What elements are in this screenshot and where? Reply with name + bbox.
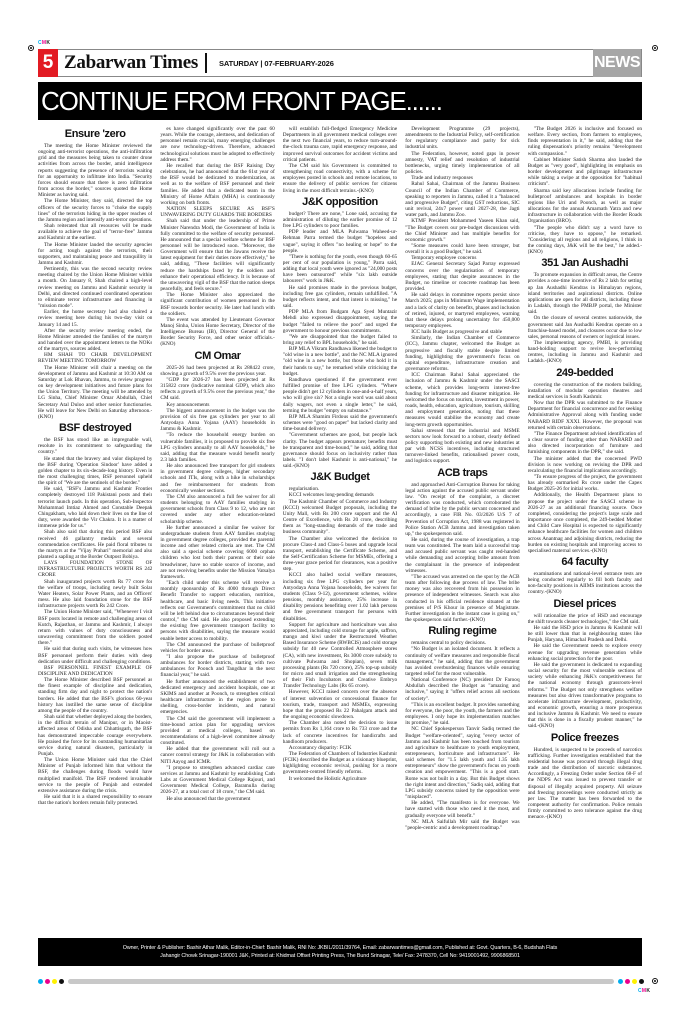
- article-paragraph: BJP MLA Vikram Randhawa likened the budg…: [283, 346, 397, 377]
- article-paragraph: the BSF has stood like an impregnable wa…: [38, 437, 152, 455]
- column-3: will establish full-fledged Emergency Me…: [283, 126, 397, 926]
- article-paragraph: LAYS FOUNDATION STONE OF INFRASTRUCTURE …: [38, 560, 152, 578]
- cyan-dot-icon: [618, 979, 623, 984]
- article-paragraph: KTMF President Mohammed Yaseen Khan said…: [405, 218, 519, 243]
- article-paragraph: Sharma said key allocations include fund…: [528, 188, 642, 225]
- article-paragraph: "To reduce the household energy burden o…: [160, 432, 274, 463]
- registration-mark-left-icon: [28, 45, 34, 51]
- article-paragraph: On the closure of several centres nation…: [528, 315, 642, 340]
- article-paragraph: KCCI also hailed social welfare measures…: [283, 572, 397, 621]
- article-paragraph: The biggest announcement in the budget w…: [160, 408, 274, 433]
- article-paragraph: The Chamber also welcomed the decision t…: [283, 536, 397, 573]
- article-paragraph: The Federation of Chambers of Industries…: [283, 751, 397, 776]
- article-paragraph: Shah said that whether deployed along th…: [38, 714, 152, 757]
- article-paragraph: "The people who didn't say a word have t…: [528, 225, 642, 256]
- color-dots-right: [618, 978, 644, 985]
- article-paragraph: PDP MLA from Budgam Aga Syed Muntazir Me…: [283, 309, 397, 334]
- article-headline: J&K opposition: [283, 196, 397, 209]
- article-paragraph: "I propose to strengthen advanced cardia…: [160, 765, 274, 796]
- article-paragraph: The event was attended by Lieutenant Gov…: [160, 317, 274, 348]
- color-dots-left: [38, 978, 64, 985]
- black-dot-icon: [639, 979, 644, 984]
- article-paragraph: NC Chief Spokesperson Tanvir Sadiq terme…: [405, 726, 519, 800]
- article-paragraph: He said the HSD price in Jammu & Kashmir…: [528, 625, 642, 643]
- article-paragraph: examinations and national-level entrance…: [528, 571, 642, 596]
- imprint-line-2: Jahangir Chowk Srinagar-190001 J&K, Prin…: [38, 952, 642, 960]
- article-paragraph: NATION SLEEPS SECURE AS BSF'S UNWAVERING…: [160, 206, 274, 218]
- article-paragraph: National Conference (NC) president Dr Fa…: [405, 677, 519, 702]
- article-paragraph: The minister added that the concerned PW…: [528, 456, 642, 474]
- article-paragraph: budget? There are none," Lone said, accu…: [283, 211, 397, 229]
- article-headline: J&K Budget: [283, 471, 397, 484]
- article-paragraph: The CM also announced a full fee waiver …: [160, 494, 274, 525]
- magenta-dot-icon: [625, 979, 630, 984]
- article-paragraph: Additionally, the Health Department plan…: [528, 492, 642, 554]
- article-paragraph: Shah reiterated that all resources will …: [38, 223, 152, 241]
- article-headline: 249-bedded: [528, 367, 642, 380]
- article-paragraph: "This is an excellent budget. It provide…: [405, 702, 519, 727]
- article-paragraph: "We are disappointed that the budget fai…: [283, 334, 397, 346]
- article-paragraph: NC MLA Saifullah Mir said the Budget was…: [405, 819, 519, 831]
- article-headline: BSF destroyed: [38, 422, 152, 435]
- article-headline: 64 faculty: [528, 556, 642, 569]
- article-paragraph: Shah said that under the leadership of P…: [160, 218, 274, 292]
- yellow-dot-icon: [632, 979, 637, 984]
- article-paragraph: EJAC General Secretary Sajad Parray expr…: [405, 261, 519, 292]
- article-paragraph: es have changed significantly over the p…: [160, 126, 274, 163]
- registration-mark-bottom-icon: [652, 978, 658, 984]
- registration-mark-right-icon: [652, 45, 658, 51]
- article-paragraph: He said delays in committee reports pers…: [405, 292, 519, 329]
- article-paragraph: "Each child under this scheme will recei…: [160, 580, 274, 642]
- article-paragraph: He said promises made in the previous bu…: [283, 285, 397, 310]
- article-paragraph: The implementing agency, PMBI, is provid…: [528, 340, 642, 365]
- article-paragraph: He further announced the establishment o…: [160, 679, 274, 716]
- article-paragraph: He said the Government needs to explore …: [528, 643, 642, 661]
- article-paragraph: He added that the government will roll o…: [160, 746, 274, 764]
- article-paragraph: PDP leader and MLA Pulwama Waheed-ur-Reh…: [283, 229, 397, 254]
- article-paragraph: Hundred, is suspected to be proceeds of …: [528, 747, 642, 821]
- article-paragraph: He said, "BSF's Jammu and Kashmir Fronti…: [38, 486, 152, 529]
- article-paragraph: "No Budget is an isolated document. It r…: [405, 646, 519, 677]
- article-paragraph: The Home Minister described BSF personne…: [38, 677, 152, 714]
- article-paragraph: Earlier, the home secretary had also cha…: [38, 309, 152, 327]
- article-paragraph: He added, "The manifesto is for everyone…: [405, 800, 519, 818]
- article-paragraph: He stated that the bravery and valor dis…: [38, 456, 152, 487]
- article-paragraph: The CM announced the purchase of bulletp…: [160, 642, 274, 654]
- article-paragraph: Support for agriculture and horticulture…: [283, 622, 397, 690]
- magenta-dot-icon: [45, 979, 50, 984]
- article-paragraph: To promote expansion in difficult areas,…: [528, 272, 642, 315]
- article-paragraph: He said that during such visits, he witn…: [38, 646, 152, 664]
- paper-title: Zabarwan Times: [64, 52, 198, 74]
- article-paragraph: However, KCCI raised concern over the ab…: [283, 689, 397, 720]
- article-paragraph: The Federation, however, noted gaps in p…: [405, 151, 519, 176]
- cmyk-label-bottom: CMK: [638, 988, 650, 994]
- article-paragraph: The Chamber also noted the decision to i…: [283, 720, 397, 745]
- gray-color-strip: [68, 979, 614, 984]
- article-headline: Ensure 'zero: [38, 128, 152, 141]
- column-4: Development Programme (29 projects), ame…: [405, 126, 519, 926]
- article-headline: Police freezes: [528, 732, 642, 745]
- article-paragraph: The Home Minister will chair a meeting o…: [38, 365, 152, 420]
- article-headline: Ruling regime: [405, 625, 519, 638]
- article-paragraph: "There is nothing for the youth, even th…: [283, 254, 397, 285]
- article-paragraph: The Home Minister lauded the security ag…: [38, 242, 152, 267]
- article-paragraph: BJP MLA Shamim Firdous said the governme…: [283, 414, 397, 432]
- article-paragraph: Rahul Sahai, Chairman of the Jammu Busin…: [405, 181, 519, 218]
- article-paragraph: covering the construction of the modern …: [528, 382, 642, 400]
- article-paragraph: He said, during the course of investigat…: [405, 537, 519, 574]
- article-paragraph: The Home Minister, they said, directed t…: [38, 198, 152, 223]
- article-paragraph: Shah inaugurated projects worth Rs 77 cr…: [38, 579, 152, 610]
- title-divider: [205, 53, 207, 73]
- article-headline: Diesel prices: [528, 598, 642, 611]
- article-headline: ACB traps: [405, 467, 519, 480]
- article-paragraph: The Union Home Minister said, "Whenever …: [38, 609, 152, 646]
- article-paragraph: 2025-26 had been projected at Rs 288422 …: [160, 365, 274, 377]
- article-paragraph: "Some measures could have been stronger,…: [405, 243, 519, 255]
- article-headline: 351 Jan Aushadhi: [528, 257, 642, 270]
- article-paragraph: He also announced that the government: [160, 796, 274, 802]
- article-paragraph: He said the government is dedicated to e…: [528, 662, 642, 730]
- article-paragraph: The meeting the Home Minister reviewed t…: [38, 143, 152, 198]
- article-paragraph: will rationalize the price of HSD and en…: [528, 613, 642, 625]
- article-paragraph: "The accused was arrested on the spot by…: [405, 574, 519, 623]
- article-paragraph: The CM said his Government is committed …: [283, 163, 397, 194]
- article-paragraph: "To ensure progress of the project, the …: [528, 474, 642, 492]
- cmyk-label-top: CMK: [38, 40, 50, 46]
- masthead: 5 Zabarwan Times SATURDAY | 07-FEBRUARY-…: [38, 49, 642, 77]
- article-paragraph: HM SHAH TO CHAIR DEVELOPMENT REVIEW MEET…: [38, 352, 152, 364]
- article-paragraph: Now that the DPR was submitted to the Fi…: [528, 400, 642, 431]
- article-paragraph: Sahai stressed that the industrial and M…: [405, 428, 519, 465]
- article-paragraph: The Kashmir Chamber of Commerce and Indu…: [283, 499, 397, 536]
- article-paragraph: Pertinently, this was the second securit…: [38, 266, 152, 309]
- article-paragraph: "The Budget 2026 is inclusive and focuse…: [528, 126, 642, 157]
- section-tag: NEWS: [593, 49, 641, 77]
- article-paragraph: He recalled that during the BSF Raising …: [160, 163, 274, 206]
- article-paragraph: Cabinet Minister Satish Sharma also laud…: [528, 157, 642, 188]
- page-number: 5: [38, 49, 58, 77]
- article-columns: Ensure 'zeroThe meeting the Home Ministe…: [38, 126, 642, 926]
- article-paragraph: BSF PERSONNEL FINEST EXAMPLE OF DISCIPLI…: [38, 665, 152, 677]
- column-2: es have changed significantly over the p…: [160, 126, 274, 926]
- page-banner: CONTINUE FROM FRONT PAGE......: [38, 82, 642, 120]
- publisher-imprint: Owner, Printer & Publisher: Bashir Athar…: [38, 938, 642, 966]
- article-paragraph: He further announced a similar fee waive…: [160, 525, 274, 580]
- article-paragraph: Shah also said that during this period B…: [38, 529, 152, 560]
- imprint-line-1: Owner, Printer & Publisher: Bashir Athar…: [38, 944, 642, 952]
- article-paragraph: After the security review meeting ended,…: [38, 328, 152, 353]
- article-paragraph: will establish full-fledged Emergency Me…: [283, 126, 397, 163]
- issue-date: SATURDAY | 07-FEBRUARY-2026: [219, 59, 334, 68]
- article-paragraph: The Union Home Minister said that the Ch…: [38, 757, 152, 794]
- article-paragraph: The Home Minister also appreciated the s…: [160, 292, 274, 317]
- article-paragraph: "The Finance Department advised identifi…: [528, 431, 642, 456]
- article-paragraph: Development Programme (29 projects), ame…: [405, 126, 519, 151]
- article-paragraph: He also announced free transport for gir…: [160, 463, 274, 494]
- article-paragraph: "I also propose the purchase of bulletpr…: [160, 654, 274, 679]
- article-paragraph: "GDP for 2026-27 has been projected at R…: [160, 377, 274, 402]
- article-paragraph: Similarly, the Indian Chamber of Commerc…: [405, 335, 519, 372]
- article-headline: CM Omar: [160, 350, 274, 363]
- column-5: "The Budget 2026 is inclusive and focuse…: [528, 126, 642, 926]
- yellow-dot-icon: [52, 979, 57, 984]
- column-1: Ensure 'zeroThe meeting the Home Ministe…: [38, 126, 152, 926]
- black-dot-icon: [59, 979, 64, 984]
- cyan-dot-icon: [38, 979, 43, 984]
- article-paragraph: and approached Anti-Corruption Bureau fo…: [405, 482, 519, 537]
- article-paragraph: He said that it is a shared responsibili…: [38, 794, 152, 806]
- article-paragraph: It welcomed the Holistic Agriculture: [283, 776, 397, 782]
- article-paragraph: ICC Chairman Rahul Sahai appreciated the…: [405, 372, 519, 427]
- article-paragraph: The CM said the government will implemen…: [160, 716, 274, 747]
- article-paragraph: Randhawa questioned if the government ev…: [283, 377, 397, 414]
- article-paragraph: "Government schemes are good, but people…: [283, 432, 397, 469]
